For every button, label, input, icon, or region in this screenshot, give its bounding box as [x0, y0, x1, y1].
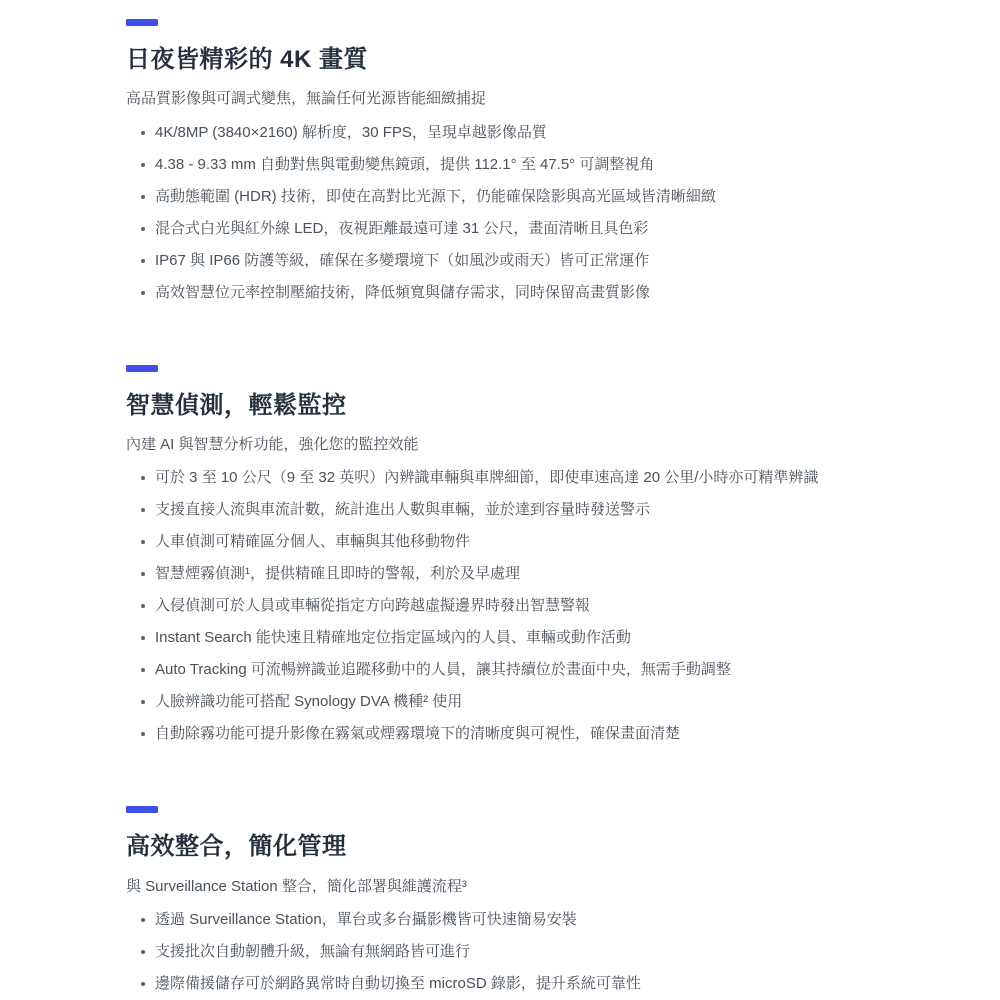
- section-subtitle: 內建 AI 與智慧分析功能，強化您的監控效能: [126, 436, 940, 453]
- feature-item: 高動態範圍 (HDR) 技術，即使在高對比光源下，仍能確保陰影與高光區域皆清晰細…: [155, 181, 940, 213]
- feature-item: 混合式白光與紅外線 LED，夜視距離最遠可達 31 公尺，畫面清晰且具色彩: [155, 213, 940, 245]
- section-integration-management: 高效整合，簡化管理 與 Surveillance Station 整合，簡化部署…: [126, 806, 940, 1000]
- feature-item: 智慧煙霧偵測¹，提供精確且即時的警報，利於及早處理: [155, 558, 940, 590]
- product-feature-page: 日夜皆精彩的 4K 畫質 高品質影像與可調式變焦，無論任何光源皆能細緻捕捉 4K…: [0, 0, 1000, 1000]
- feature-item: 4.38 - 9.33 mm 自動對焦與電動變焦鏡頭，提供 112.1° 至 4…: [155, 149, 940, 181]
- feature-list: 可於 3 至 10 公尺（9 至 32 英呎）內辨識車輛與車牌細節，即使車速高達…: [126, 462, 940, 750]
- section-accent-bar: [126, 365, 158, 372]
- feature-item: 支援批次自動韌體升級，無論有無網路皆可進行: [155, 936, 940, 968]
- feature-item: 透過 Surveillance Station，單台或多台攝影機皆可快速簡易安裝: [155, 904, 940, 936]
- feature-list: 透過 Surveillance Station，單台或多台攝影機皆可快速簡易安裝…: [126, 904, 940, 1000]
- feature-item: 人臉辨識功能可搭配 Synology DVA 機種² 使用: [155, 686, 940, 718]
- feature-item: 入侵偵測可於人員或車輛從指定方向跨越虛擬邊界時發出智慧警報: [155, 590, 940, 622]
- section-accent-bar: [126, 19, 158, 26]
- section-smart-detection: 智慧偵測，輕鬆監控 內建 AI 與智慧分析功能，強化您的監控效能 可於 3 至 …: [126, 365, 940, 751]
- feature-item: Instant Search 能快速且精確地定位指定區域內的人員、車輛或動作活動: [155, 622, 940, 654]
- section-accent-bar: [126, 806, 158, 813]
- feature-item: 高效智慧位元率控制壓縮技術，降低頻寬與儲存需求，同時保留高畫質影像: [155, 277, 940, 309]
- feature-item: 邊際備援儲存可於網路異常時自動切換至 microSD 錄影，提升系統可靠性: [155, 968, 940, 1000]
- feature-item: 人車偵測可精確區分個人、車輛與其他移動物件: [155, 526, 940, 558]
- feature-item: Auto Tracking 可流暢辨識並追蹤移動中的人員，讓其持續位於畫面中央，…: [155, 654, 940, 686]
- section-subtitle: 與 Surveillance Station 整合，簡化部署與維護流程³: [126, 878, 940, 895]
- section-title: 日夜皆精彩的 4K 畫質: [126, 47, 940, 73]
- feature-list: 4K/8MP (3840×2160) 解析度，30 FPS，呈現卓越影像品質4.…: [126, 117, 940, 309]
- feature-item: 4K/8MP (3840×2160) 解析度，30 FPS，呈現卓越影像品質: [155, 117, 940, 149]
- section-subtitle: 高品質影像與可調式變焦，無論任何光源皆能細緻捕捉: [126, 90, 940, 107]
- feature-item: 自動除霧功能可提升影像在霧氣或煙霧環境下的清晰度與可視性，確保畫面清楚: [155, 718, 940, 750]
- feature-item: 可於 3 至 10 公尺（9 至 32 英呎）內辨識車輛與車牌細節，即使車速高達…: [155, 462, 940, 494]
- section-4k-quality: 日夜皆精彩的 4K 畫質 高品質影像與可調式變焦，無論任何光源皆能細緻捕捉 4K…: [126, 19, 940, 309]
- feature-item: 支援直接人流與車流計數，統計進出人數與車輛，並於達到容量時發送警示: [155, 494, 940, 526]
- section-title: 高效整合，簡化管理: [126, 834, 940, 860]
- section-title: 智慧偵測，輕鬆監控: [126, 393, 940, 419]
- feature-item: IP67 與 IP66 防護等級，確保在多變環境下（如風沙或雨天）皆可正常運作: [155, 245, 940, 277]
